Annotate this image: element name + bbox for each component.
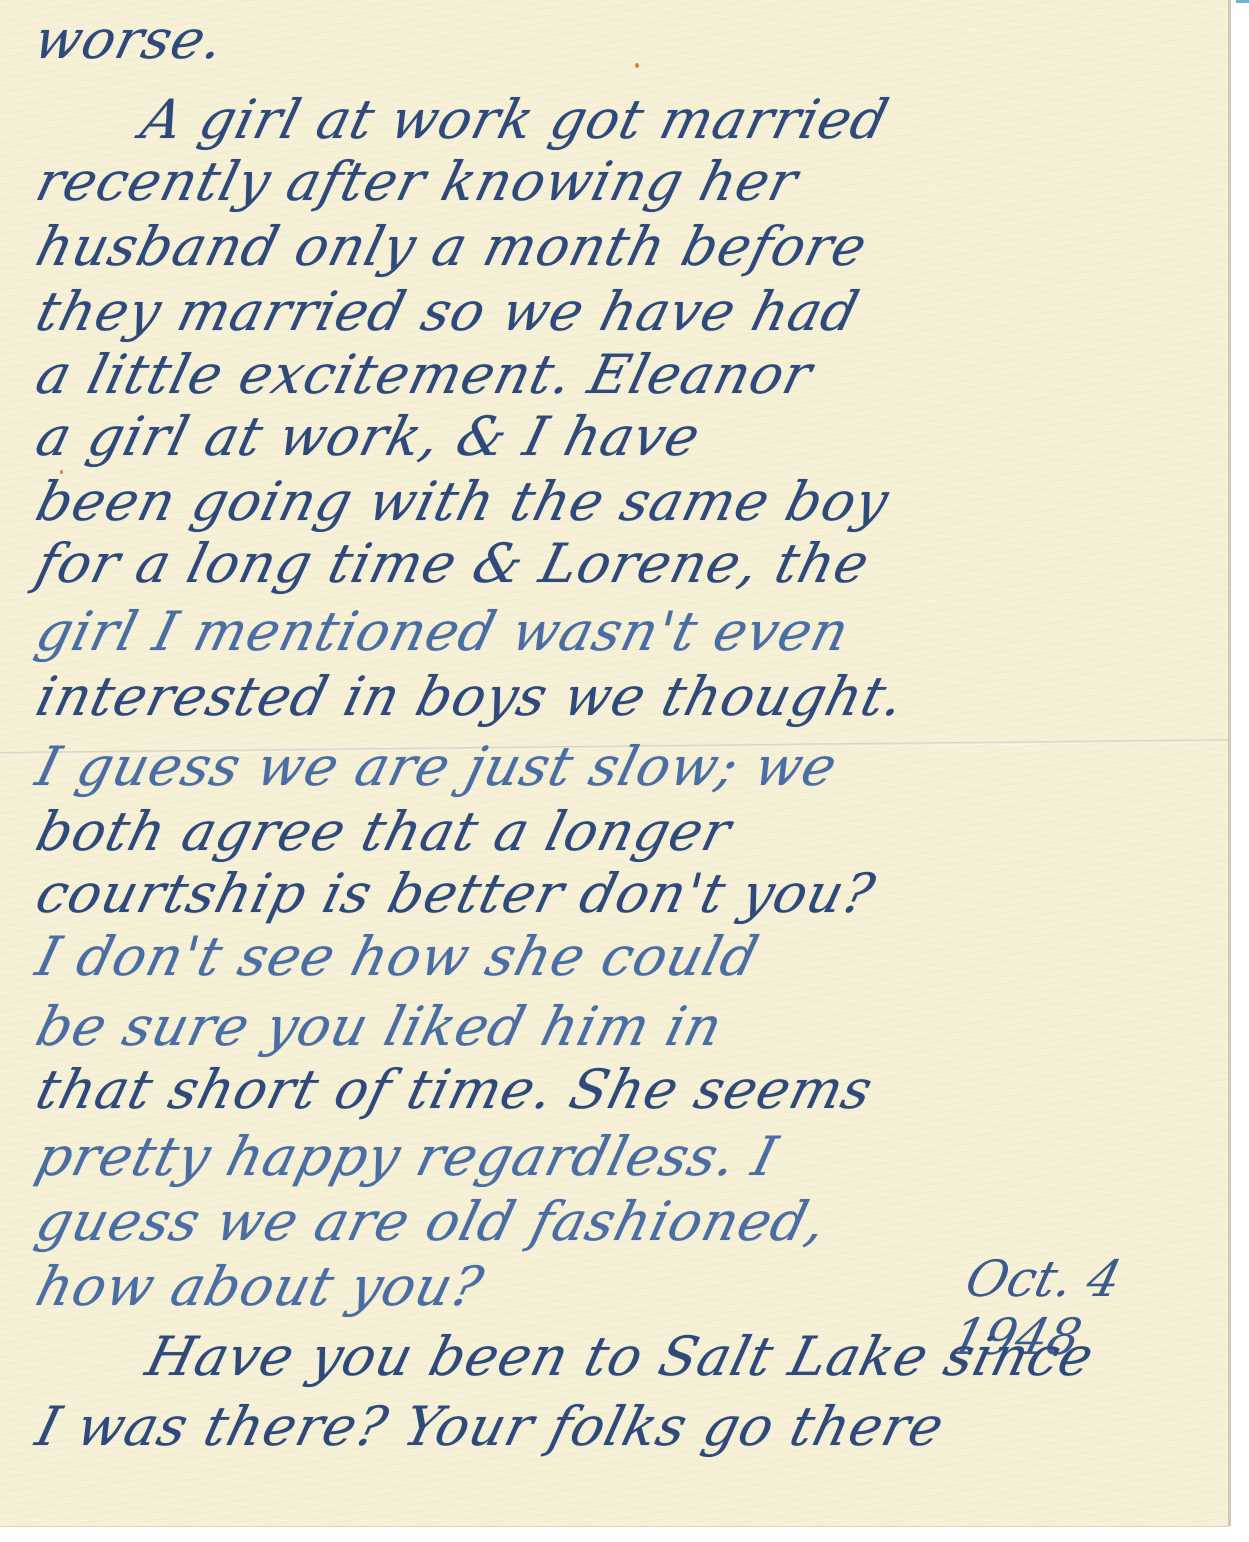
letter-line: pretty happy regardless. I: [30, 1125, 784, 1188]
scan-corner-mark: [1236, 0, 1249, 3]
letter-line: a girl at work, & I have: [30, 405, 707, 468]
letter-line: girl I mentioned wasn't even: [30, 600, 856, 663]
letter-page: worse. A girl at work got married recent…: [0, 0, 1230, 1526]
letter-line: I don't see how she could: [30, 925, 765, 988]
letter-line: been going with the same boy: [30, 470, 896, 533]
letter-line: both agree that a longer: [30, 800, 738, 863]
letter-line: husband only a month before: [30, 215, 874, 278]
letter-line: a little excitement. Eleanor: [30, 343, 819, 406]
letter-line: A girl at work got married: [135, 88, 895, 151]
letter-line: I guess we are just slow; we: [30, 735, 844, 798]
letter-line: recently after knowing her: [30, 150, 804, 213]
letter-line: be sure you liked him in: [30, 995, 729, 1058]
letter-line: Have you been to Salt Lake since: [140, 1325, 1101, 1388]
letter-line: worse.: [28, 8, 231, 71]
letter-line: guess we are old fashioned,: [30, 1190, 834, 1253]
letter-line: how about you?: [30, 1255, 490, 1318]
paper-speck: [635, 63, 639, 68]
paper-edge: [1228, 0, 1231, 1526]
letter-line: that short of time. She seems: [30, 1058, 879, 1121]
letter-line: for a long time & Lorene, the: [30, 532, 876, 595]
letter-line: courtship is better don't you?: [30, 862, 882, 925]
letter-line: interested in boys we thought.: [30, 665, 911, 728]
letter-line: I was there? Your folks go there: [30, 1395, 951, 1458]
letter-line: they married so we have had: [30, 280, 866, 343]
